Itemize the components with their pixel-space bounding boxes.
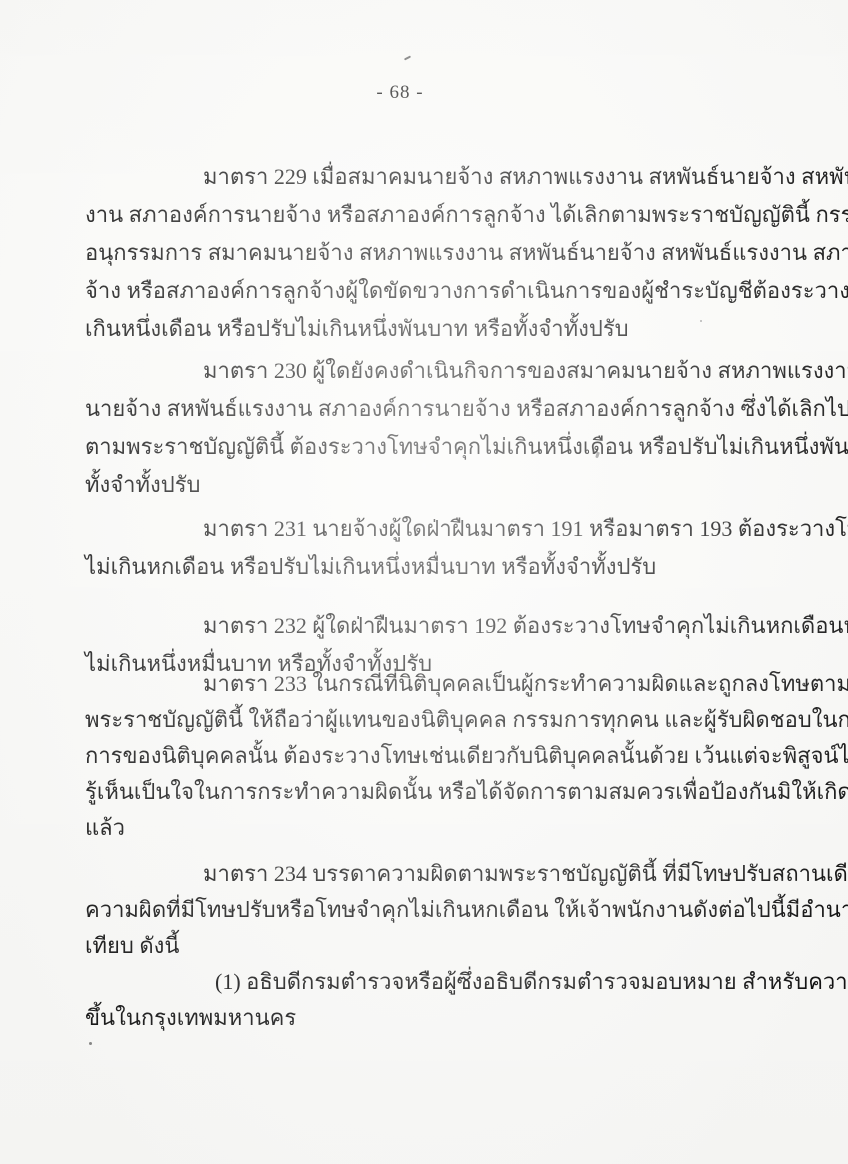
text-line: มาตรา 231 นายจ้างผู้ใดฝ่าฝืนมาตรา 191 หร… (85, 510, 795, 548)
section-229: มาตรา 229 เมื่อสมาคมนายจ้าง สหภาพแรงงาน … (85, 158, 795, 348)
text-line: มาตรา 230 ผู้ใดยังคงดำเนินกิจการของสมาคม… (85, 352, 795, 390)
text-line-list-item: (1) อธิบดีกรมตำรวจหรือผู้ซึ่งอธิบดีกรมตำ… (85, 964, 795, 1000)
text-line: ไม่เกินหกเดือน หรือปรับไม่เกินหนึ่งหมื่น… (85, 548, 795, 586)
text-line: การของนิติบุคคลนั้น ต้องระวางโทษเช่นเดีย… (85, 738, 795, 774)
section-234: มาตรา 234 บรรดาความผิดตามพระราชบัญญัตินี… (85, 856, 795, 1036)
text-line: เกินหนึ่งเดือน หรือปรับไม่เกินหนึ่งพันบา… (85, 310, 795, 348)
text-line: อนุกรรมการ สมาคมนายจ้าง สหภาพแรงงาน สหพั… (85, 234, 795, 272)
text-line: มาตรา 233 ในกรณีที่นิติบุคคลเป็นผู้กระทำ… (85, 666, 795, 702)
text-line: ตามพระราชบัญญัตินี้ ต้องระวางโทษจำคุกไม่… (85, 428, 795, 466)
text-line: มาตรา 232 ผู้ใดฝ่าฝืนมาตรา 192 ต้องระวาง… (85, 607, 795, 645)
text-line: งาน สภาองค์การนายจ้าง หรือสภาองค์การลูกจ… (85, 196, 795, 234)
section-230: มาตรา 230 ผู้ใดยังคงดำเนินกิจการของสมาคม… (85, 352, 795, 504)
text-line: ขึ้นในกรุงเทพมหานคร (85, 1000, 795, 1036)
text-line: เทียบ ดังนี้ (85, 928, 795, 964)
text-line: มาตรา 229 เมื่อสมาคมนายจ้าง สหภาพแรงงาน … (85, 158, 795, 196)
page-number: - 68 - (0, 82, 800, 104)
text-line: นายจ้าง สหพันธ์แรงงาน สภาองค์การนายจ้าง … (85, 390, 795, 428)
text-line: ทั้งจำทั้งปรับ (85, 466, 795, 504)
section-231: มาตรา 231 นายจ้างผู้ใดฝ่าฝืนมาตรา 191 หร… (85, 510, 795, 586)
text-line: ความผิดที่มีโทษปรับหรือโทษจำคุกไม่เกินหก… (85, 892, 795, 928)
text-line: มาตรา 234 บรรดาความผิดตามพระราชบัญญัตินี… (85, 856, 795, 892)
text-line: พระราชบัญญัตินี้ ให้ถือว่าผู้แทนของนิติบ… (85, 702, 795, 738)
text-line: จ้าง หรือสภาองค์การลูกจ้างผู้ใดขัดขวางกา… (85, 272, 795, 310)
scan-artifact (89, 1042, 92, 1045)
scan-artifact (404, 55, 411, 60)
text-line: รู้เห็นเป็นใจในการกระทำความผิดนั้น หรือไ… (85, 774, 795, 810)
document-page: - 68 - มาตรา 229 เมื่อสมาคมนายจ้าง สหภาพ… (0, 0, 848, 1164)
text-line: แล้ว (85, 810, 795, 846)
section-233: มาตรา 233 ในกรณีที่นิติบุคคลเป็นผู้กระทำ… (85, 666, 795, 846)
